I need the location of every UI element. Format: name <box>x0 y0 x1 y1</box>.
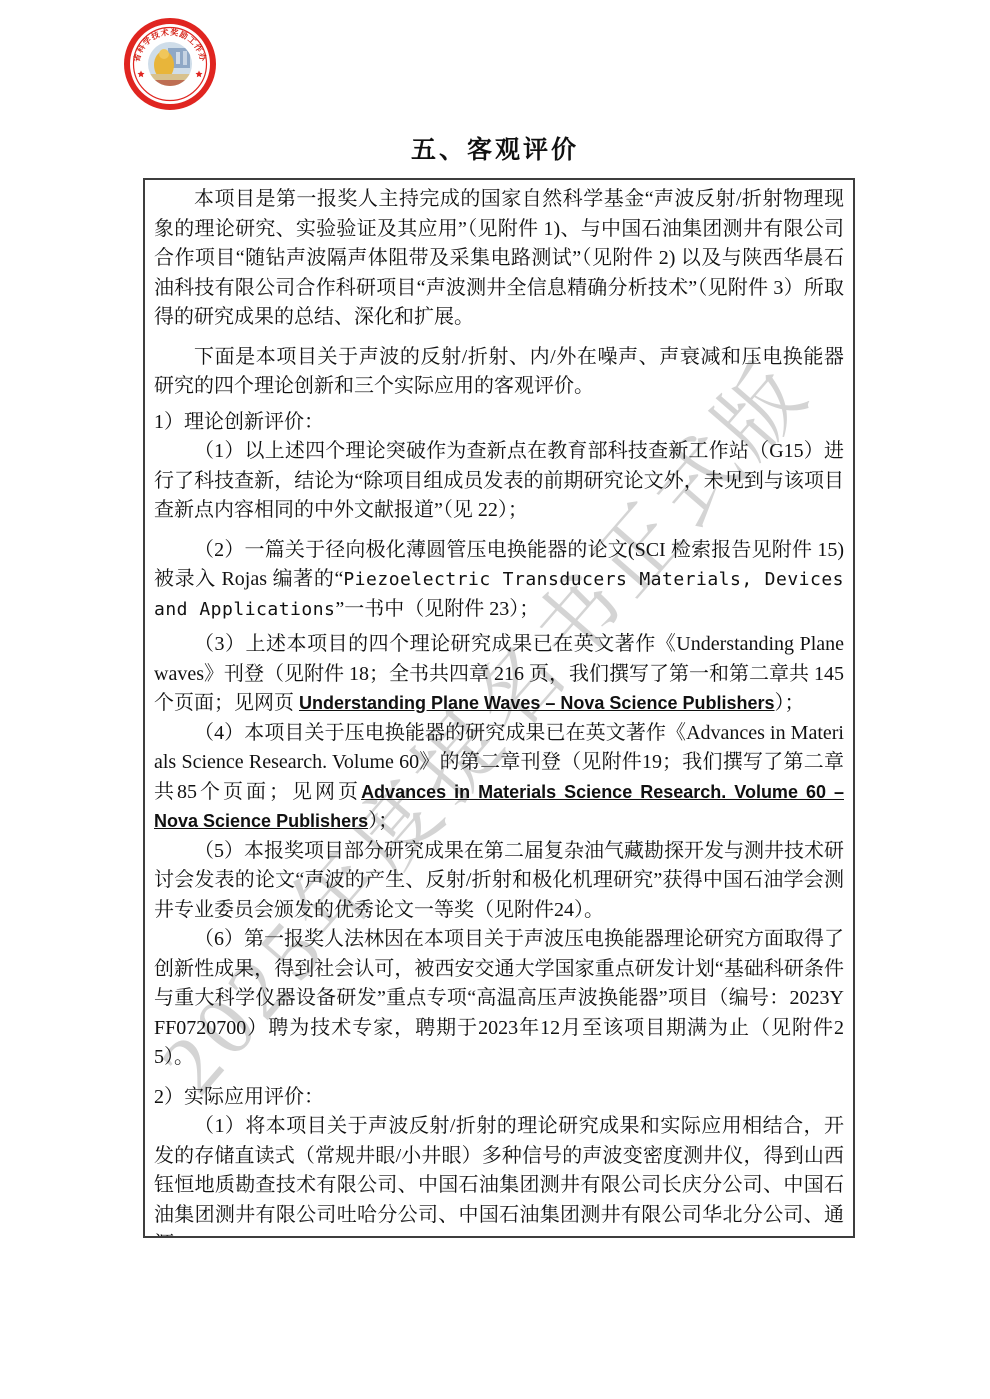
organization-seal: 陕西省科学技术奖励工作办公室 <box>124 18 216 110</box>
section-heading-application: 2）实际应用评价： <box>154 1083 844 1113</box>
paragraph-theory-item-1: （1）以上述四个理论突破作为查新点在教育部科技查新工作站（G15）进行了科技查新… <box>154 437 844 526</box>
paragraph-theory-item-2: （2）一篇关于径向极化薄圆管压电换能器的论文(SCI 检索报告见附件 15)被录… <box>154 536 844 625</box>
paragraph-theory-item-4: （4）本项目关于压电换能器的研究成果已在英文著作《Advances in Mat… <box>154 719 844 837</box>
link-understanding-plane-waves[interactable]: Understanding Plane Waves – Nova Science… <box>299 693 775 713</box>
content-box: 本项目是第一报奖人主持完成的国家自然科学基金“声波反射/折射物理现象的理论研究、… <box>143 178 855 1238</box>
seal-center-photo <box>148 42 192 86</box>
seal-graphic: 陕西省科学技术奖励工作办公室 <box>124 18 216 110</box>
section-heading-theory: 1）理论创新评价： <box>154 408 844 438</box>
paragraph-theory-item-5: （5）本报奖项目部分研究成果在第二届复杂油气藏勘探开发与测井技术研讨会发表的论文… <box>154 837 844 926</box>
paragraph-intro: 本项目是第一报奖人主持完成的国家自然科学基金“声波反射/折射物理现象的理论研究、… <box>154 185 844 333</box>
text-segment: ”一书中（见附件 23）； <box>335 598 539 620</box>
text-segment: ）； <box>368 810 398 832</box>
paragraph-theory-item-6: （6）第一报奖人法林因在本项目关于声波压电换能器理论研究方面取得了创新性成果，得… <box>154 925 844 1073</box>
paragraph-theory-item-3: （3）上述本项目的四个理论研究成果已在英文著作《Understanding Pl… <box>154 630 844 719</box>
text-segment: ）； <box>775 692 805 714</box>
paragraph-application-item-1: （1）将本项目关于声波反射/折射的理论研究成果和实际应用相结合，开发的存储直读式… <box>154 1112 844 1238</box>
paragraph-overview: 下面是本项目关于声波的反射/折射、内/外在噪声、声衰减和压电换能器研究的四个理论… <box>154 343 844 402</box>
page-title: 五、客观评价 <box>0 130 990 166</box>
